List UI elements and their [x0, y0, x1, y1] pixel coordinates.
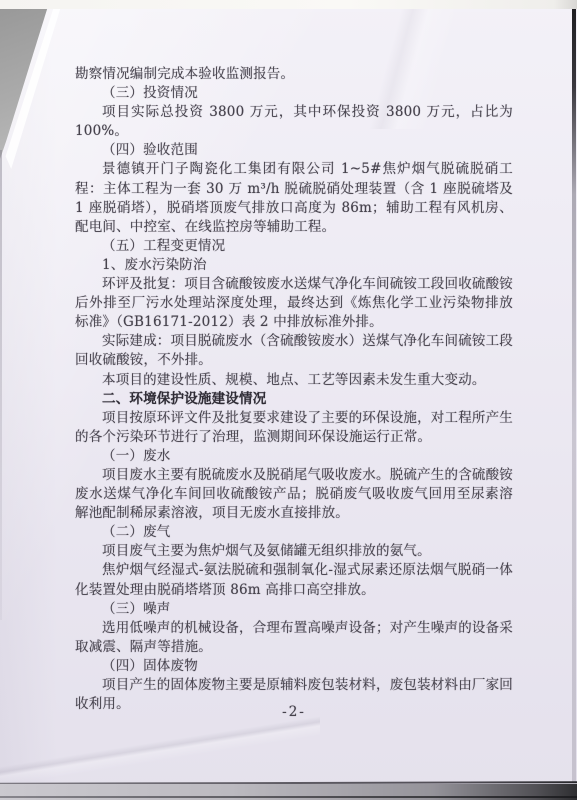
paragraph-waste-gas-sources: 项目废气主要为焦炉烟气及氨储罐无组织排放的氨气。 — [75, 542, 513, 561]
heading-project-changes: （五）工程变更情况 — [75, 237, 513, 256]
paper-page: 勘察情况编制完成本验收监测报告。 （三）投资情况 项目实际总投资 3800 万元… — [0, 9, 577, 800]
paragraph-noise: 选用低噪声的机械设备，合理布置高噪声设备；对产生噪声的设备采取减震、隔声等措施。 — [75, 619, 513, 657]
scanner-top-strip — [0, 0, 577, 9]
paragraph-no-major-change: 本项目的建设性质、规模、地点、工艺等因素未发生重大变动。 — [75, 371, 513, 390]
paragraph-project-scope: 景德镇开门子陶瓷化工集团有限公司 1~5#焦炉烟气脱硫脱硝工程：主体工程为一套 … — [75, 160, 513, 236]
subheading-wastewater-pollution: 1、废水污染防治 — [75, 256, 513, 275]
body-text-continuation: 勘察情况编制完成本验收监测报告。 — [75, 65, 513, 84]
page-number: -2- — [75, 704, 513, 720]
paragraph-actual-construction: 实际建成：项目脱硫废水（含硫酸铵废水）送煤气净化车间硫铵工段回收硫酸铵，不外排。 — [75, 332, 513, 370]
document-body: 勘察情况编制完成本验收监测报告。 （三）投资情况 项目实际总投资 3800 万元… — [75, 65, 513, 714]
heading-waste-gas: （二）废气 — [75, 523, 513, 542]
paragraph-wastewater: 项目废水主要有脱硫废水及脱硝尾气吸收废水。脱硫产生的含硫酸铵废水送煤气净化车间回… — [75, 466, 513, 523]
heading-solid-waste: （四）固体废物 — [75, 657, 513, 676]
scanned-document-page: 勘察情况编制完成本验收监测报告。 （三）投资情况 项目实际总投资 3800 万元… — [0, 0, 577, 800]
paragraph-eia-approval: 环评及批复：项目含硫酸铵废水送煤气净化车间硫铵工段回收硫酸铵后外排至厂污水处理站… — [75, 275, 513, 332]
chapter-heading-env-protection: 二、环境保护设施建设情况 — [75, 390, 513, 409]
paragraph-investment: 项目实际总投资 3800 万元，其中环保投资 3800 万元，占比为 100%。 — [75, 103, 513, 141]
heading-wastewater: （一）废水 — [75, 447, 513, 466]
paper-right-edge-shadow — [572, 9, 576, 782]
scanner-bottom-line — [0, 796, 577, 798]
paragraph-waste-gas-treatment: 焦炉烟气经湿式-氨法脱硫和强制氧化-湿式尿素还原法烟气脱硝一体化装置处理由脱硝塔… — [75, 561, 513, 599]
paper-left-edge-shadow — [0, 150, 2, 620]
heading-noise: （三）噪声 — [75, 600, 513, 619]
heading-acceptance-scope: （四）验收范围 — [75, 141, 513, 160]
paragraph-env-facilities: 项目按原环评文件及批复要求建设了主要的环保设施，对工程所产生的各个污染环节进行了… — [75, 409, 513, 447]
heading-investment: （三）投资情况 — [75, 84, 513, 103]
